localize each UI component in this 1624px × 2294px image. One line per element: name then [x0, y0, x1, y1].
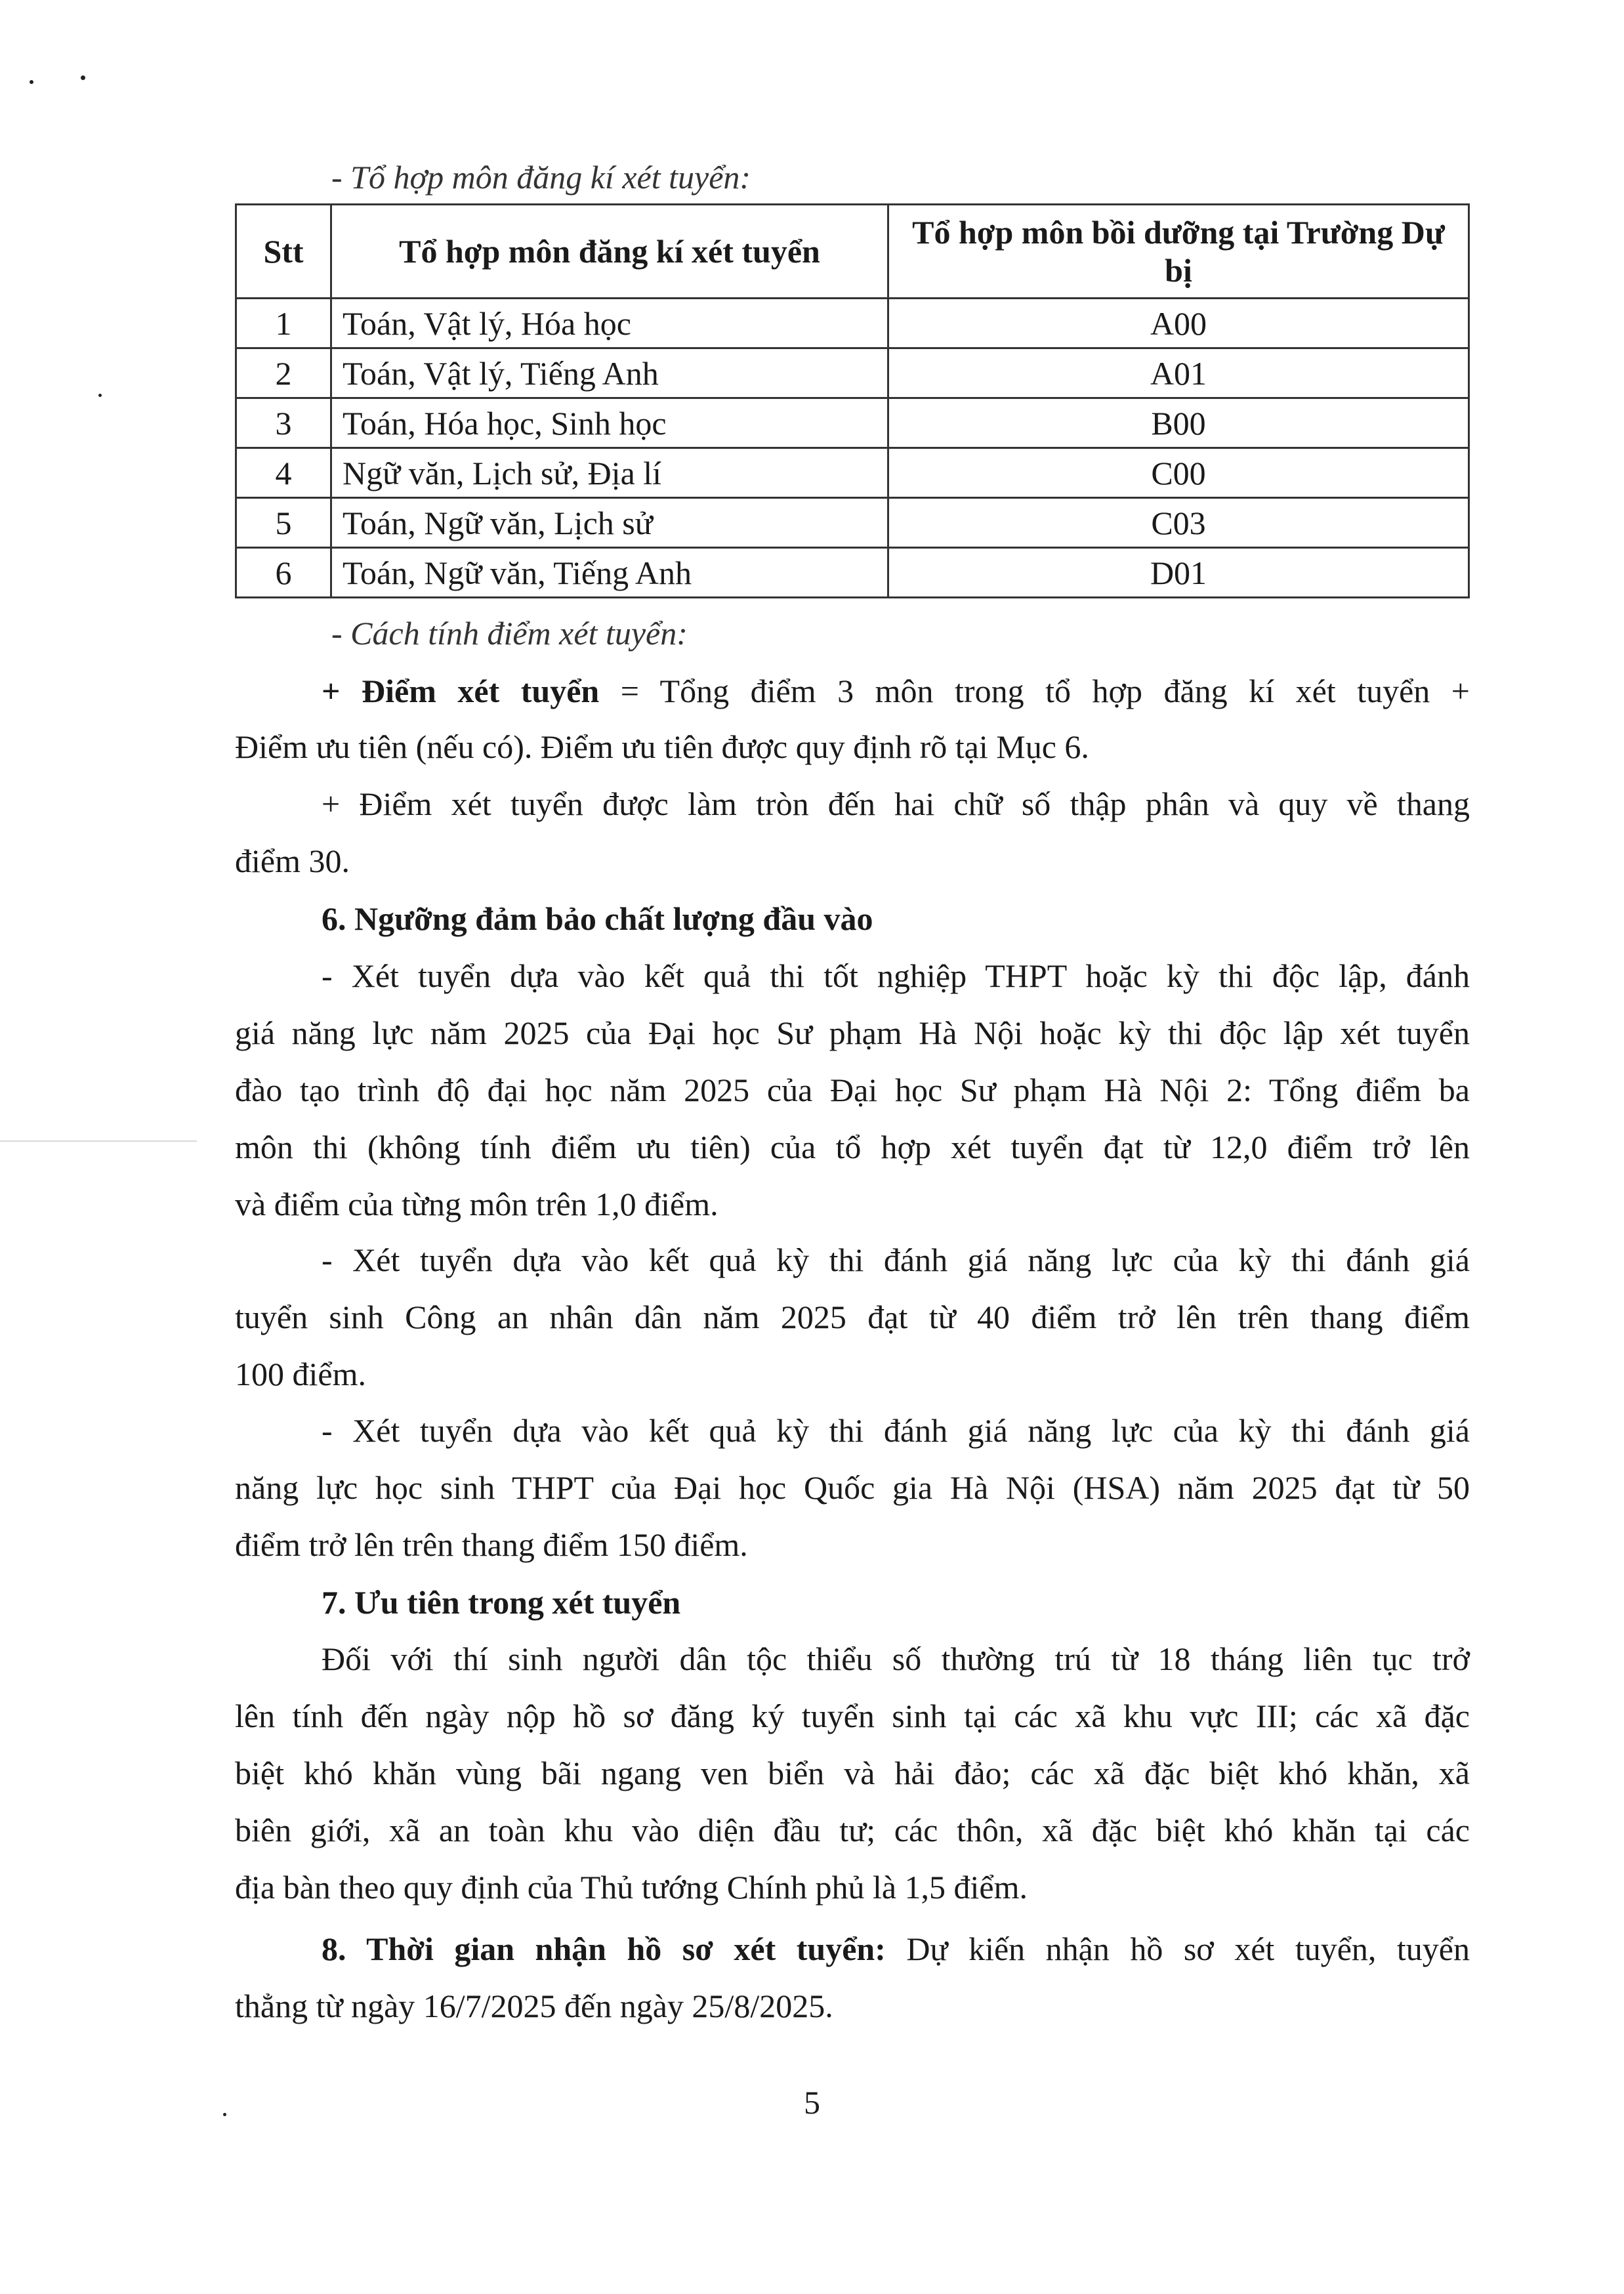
paragraph-line: 100 điểm.	[235, 1354, 1470, 1394]
row-subjects: Toán, Hóa học, Sinh học	[331, 398, 888, 448]
section-7-heading: 7. Ưu tiên trong xét tuyển	[322, 1583, 680, 1622]
row-stt: 4	[236, 448, 331, 498]
row-code: C03	[888, 498, 1469, 548]
scoring-formula-text: = Tổng điểm 3 môn trong tổ hợp đăng kí x…	[621, 673, 1470, 709]
page-number: 5	[0, 2083, 1624, 2121]
scoring-formula-label: + Điểm xét tuyển	[322, 673, 599, 709]
paragraph-line: Đối với thí sinh người dân tộc thiểu số …	[322, 1639, 1470, 1679]
paragraph-line: và điểm của từng môn trên 1,0 điểm.	[235, 1184, 1470, 1224]
paragraph-line: - Xét tuyển dựa vào kết quả thi tốt nghi…	[322, 956, 1470, 995]
row-subjects: Toán, Ngữ văn, Lịch sử	[331, 498, 888, 548]
row-stt: 1	[236, 299, 331, 348]
row-code: C00	[888, 448, 1469, 498]
rounding-line-2: điểm 30.	[235, 841, 1470, 881]
section-8-heading: 8. Thời gian nhận hồ sơ xét tuyển:	[322, 1930, 886, 1967]
header-stt: Stt	[236, 205, 331, 299]
row-code: B00	[888, 398, 1469, 448]
table-header-row: Stt Tổ hợp môn đăng kí xét tuyển Tổ hợp …	[236, 205, 1469, 299]
row-code: A01	[888, 348, 1469, 398]
paragraph-line: giá năng lực năm 2025 của Đại học Sư phạ…	[235, 1013, 1470, 1053]
row-stt: 3	[236, 398, 331, 448]
row-subjects: Toán, Vật lý, Hóa học	[331, 299, 888, 348]
paragraph-line: biệt khó khăn vùng bãi ngang ven biển và…	[235, 1753, 1470, 1793]
row-subjects: Ngữ văn, Lịch sử, Địa lí	[331, 448, 888, 498]
paragraph-line: - Xét tuyển dựa vào kết quả kỳ thi đánh …	[322, 1240, 1470, 1280]
scan-margin-line	[0, 1140, 197, 1142]
row-stt: 6	[236, 548, 331, 598]
row-subjects: Toán, Ngữ văn, Tiếng Anh	[331, 548, 888, 598]
scoring-formula-line-1: + Điểm xét tuyển = Tổng điểm 3 môn trong…	[322, 671, 1470, 711]
subject-combination-intro: - Tổ hợp môn đăng kí xét tuyển:	[331, 157, 751, 197]
subject-combination-table: Stt Tổ hợp môn đăng kí xét tuyển Tổ hợp …	[235, 203, 1470, 598]
table-row: 6Toán, Ngữ văn, Tiếng AnhD01	[236, 548, 1469, 598]
scan-speck	[98, 394, 102, 397]
table-row: 3Toán, Hóa học, Sinh họcB00	[236, 398, 1469, 448]
scoring-formula-line-2: Điểm ưu tiên (nếu có). Điểm ưu tiên được…	[235, 727, 1470, 766]
row-code: D01	[888, 548, 1469, 598]
header-training-combo: Tổ hợp môn bồi dưỡng tại Trường Dự bị	[888, 205, 1469, 299]
table-row: 1Toán, Vật lý, Hóa họcA00	[236, 299, 1469, 348]
table-row: 5Toán, Ngữ văn, Lịch sửC03	[236, 498, 1469, 548]
row-code: A00	[888, 299, 1469, 348]
scoring-intro: - Cách tính điểm xét tuyển:	[331, 614, 688, 653]
paragraph-line: biên giới, xã an toàn khu vào diện đầu t…	[235, 1810, 1470, 1850]
scan-speck	[81, 75, 85, 80]
paragraph-line: môn thi (không tính điểm ưu tiên) của tổ…	[235, 1127, 1470, 1167]
document-page: - Tổ hợp môn đăng kí xét tuyển: Stt Tổ h…	[0, 0, 1624, 2294]
table-row: 2Toán, Vật lý, Tiếng AnhA01	[236, 348, 1469, 398]
row-stt: 2	[236, 348, 331, 398]
table-row: 4Ngữ văn, Lịch sử, Địa líC00	[236, 448, 1469, 498]
header-registration-combo: Tổ hợp môn đăng kí xét tuyển	[331, 205, 888, 299]
scan-speck	[30, 80, 33, 84]
paragraph-line: lên tính đến ngày nộp hồ sơ đăng ký tuyể…	[235, 1696, 1470, 1736]
paragraph-line: tuyển sinh Công an nhân dân năm 2025 đạt…	[235, 1297, 1470, 1337]
section-8-line-1: 8. Thời gian nhận hồ sơ xét tuyển: Dự ki…	[322, 1929, 1470, 1969]
section-8-line-2: thẳng từ ngày 16/7/2025 đến ngày 25/8/20…	[235, 1986, 1470, 2026]
paragraph-line: đào tạo trình độ đại học năm 2025 của Đạ…	[235, 1070, 1470, 1110]
row-stt: 5	[236, 498, 331, 548]
paragraph-line: - Xét tuyển dựa vào kết quả kỳ thi đánh …	[322, 1411, 1470, 1450]
paragraph-line: địa bàn theo quy định của Thủ tướng Chín…	[235, 1867, 1470, 1907]
section-8-text: Dự kiến nhận hồ sơ xét tuyển, tuyển	[906, 1930, 1470, 1967]
paragraph-line: điểm trở lên trên thang điểm 150 điểm.	[235, 1525, 1470, 1564]
section-6-heading: 6. Ngưỡng đảm bảo chất lượng đầu vào	[322, 899, 873, 938]
row-subjects: Toán, Vật lý, Tiếng Anh	[331, 348, 888, 398]
rounding-line-1: + Điểm xét tuyển được làm tròn đến hai c…	[322, 784, 1470, 824]
paragraph-line: năng lực học sinh THPT của Đại học Quốc …	[235, 1468, 1470, 1507]
